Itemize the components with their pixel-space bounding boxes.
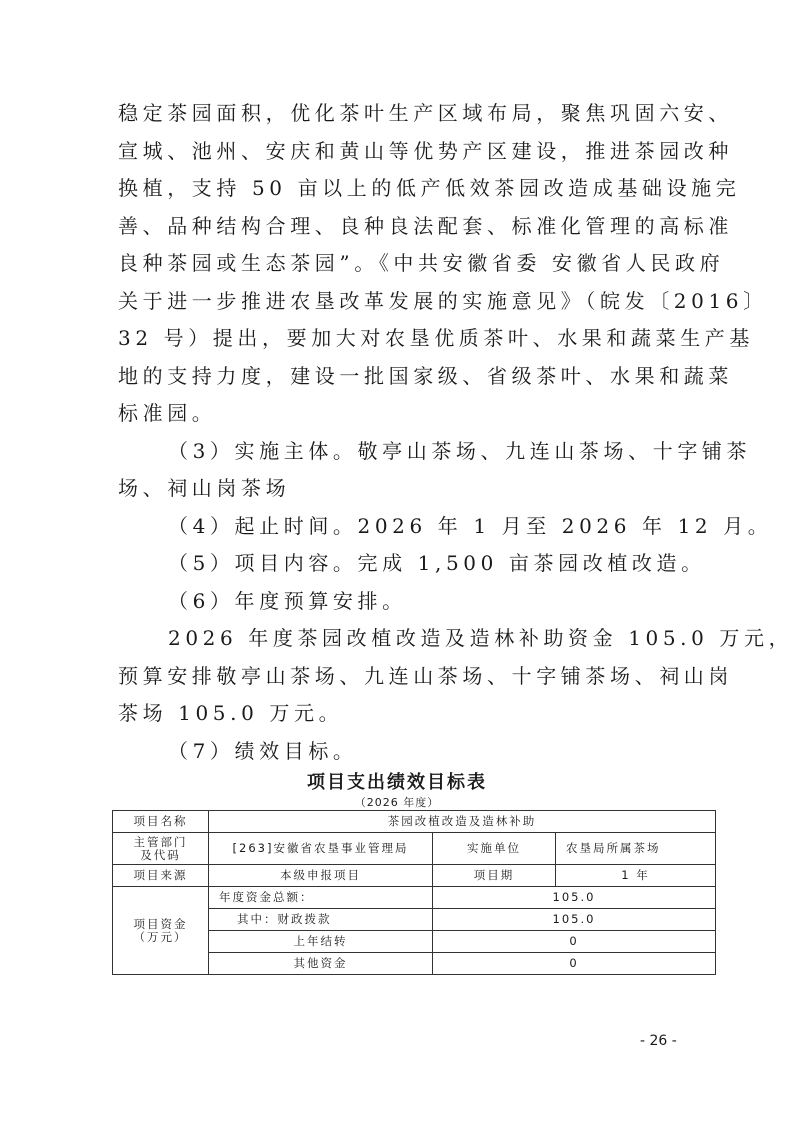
impl-unit-label: 实施单位 (433, 833, 556, 865)
period-label: 项目期 (433, 865, 556, 887)
section-content: （5）项目内容。完成 1,500 亩茶园改植改造。 (118, 545, 678, 583)
body-line: 良种茶园或生态茶园”。《中共安徽省委 安徽省人民政府 (118, 245, 678, 283)
funds-total-value: 105.0 (433, 887, 716, 909)
body-paragraph: 稳定茶园面积，优化茶叶生产区域布局，聚焦巩固六安、 宣城、池州、安庆和黄山等优势… (118, 95, 678, 770)
funds-total-label: 年度资金总额： (209, 887, 433, 909)
performance-target-table: 项目名称 茶园改植改造及造林补助 主管部门 及代码 [263]安徽省农垦事业管理… (112, 810, 716, 975)
funds-other-value: 0 (433, 953, 716, 975)
document-page: 稳定茶园面积，优化茶叶生产区域布局，聚焦巩固六安、 宣城、池州、安庆和黄山等优势… (0, 0, 794, 1123)
period-value: 1 年 (556, 865, 716, 887)
section-duration: （4）起止时间。2026 年 1 月至 2026 年 12 月。 (118, 508, 678, 546)
funds-label: 项目资金 （万元） (113, 887, 209, 975)
funds-fiscal-value: 105.0 (433, 909, 716, 931)
budget-line: 预算安排敬亭山茶场、九连山茶场、十字铺茶场、祠山岗 (118, 658, 678, 696)
source-label: 项目来源 (113, 865, 209, 887)
table-row: 主管部门 及代码 [263]安徽省农垦事业管理局 实施单位 农垦局所属茶场 (113, 833, 716, 865)
budget-line: 2026 年度茶园改植改造及造林补助资金 105.0 万元， (118, 620, 678, 658)
project-name-label: 项目名称 (113, 811, 209, 833)
section-implementer-cont: 场、祠山岗茶场 (118, 470, 678, 508)
body-line: 宣城、池州、安庆和黄山等优势产区建设，推进茶园改种 (118, 133, 678, 171)
body-line: 32 号）提出，要加大对农垦优质茶叶、水果和蔬菜生产基 (118, 320, 678, 358)
table-row: 项目来源 本级申报项目 项目期 1 年 (113, 865, 716, 887)
body-line: 稳定茶园面积，优化茶叶生产区域布局，聚焦巩固六安、 (118, 95, 678, 133)
table-title: 项目支出绩效目标表 (0, 768, 794, 794)
funds-fiscal-label: 其中：财政拨款 (209, 909, 433, 931)
funds-carryover-value: 0 (433, 931, 716, 953)
funds-other-label: 其他资金 (209, 953, 433, 975)
section-budget-heading: （6）年度预算安排。 (118, 583, 678, 621)
body-line: 地的支持力度，建设一批国家级、省级茶叶、水果和蔬菜 (118, 358, 678, 396)
dept-value: [263]安徽省农垦事业管理局 (209, 833, 433, 865)
section-implementer: （3）实施主体。敬亭山茶场、九连山茶场、十字铺茶 (118, 433, 678, 471)
body-line: 善、品种结构合理、良种良法配套、标准化管理的高标准 (118, 208, 678, 246)
budget-line: 茶场 105.0 万元。 (118, 695, 678, 733)
dept-label: 主管部门 及代码 (113, 833, 209, 865)
funds-carryover-label: 上年结转 (209, 931, 433, 953)
body-line: 换植，支持 50 亩以上的低产低效茶园改造成基础设施完 (118, 170, 678, 208)
project-name-value: 茶园改植改造及造林补助 (209, 811, 716, 833)
table-row: 项目资金 （万元） 年度资金总额： 105.0 (113, 887, 716, 909)
body-line: 标准园。 (118, 395, 678, 433)
section-performance-goal: （7）绩效目标。 (118, 733, 678, 771)
source-value: 本级申报项目 (209, 865, 433, 887)
body-line: 关于进一步推进农垦改革发展的实施意见》（皖发〔2016〕 (118, 283, 678, 321)
table-row: 项目名称 茶园改植改造及造林补助 (113, 811, 716, 833)
impl-unit-value: 农垦局所属茶场 (556, 833, 716, 865)
page-number: - 26 - (640, 1033, 677, 1049)
table-subtitle: （2026 年度） (0, 794, 794, 810)
